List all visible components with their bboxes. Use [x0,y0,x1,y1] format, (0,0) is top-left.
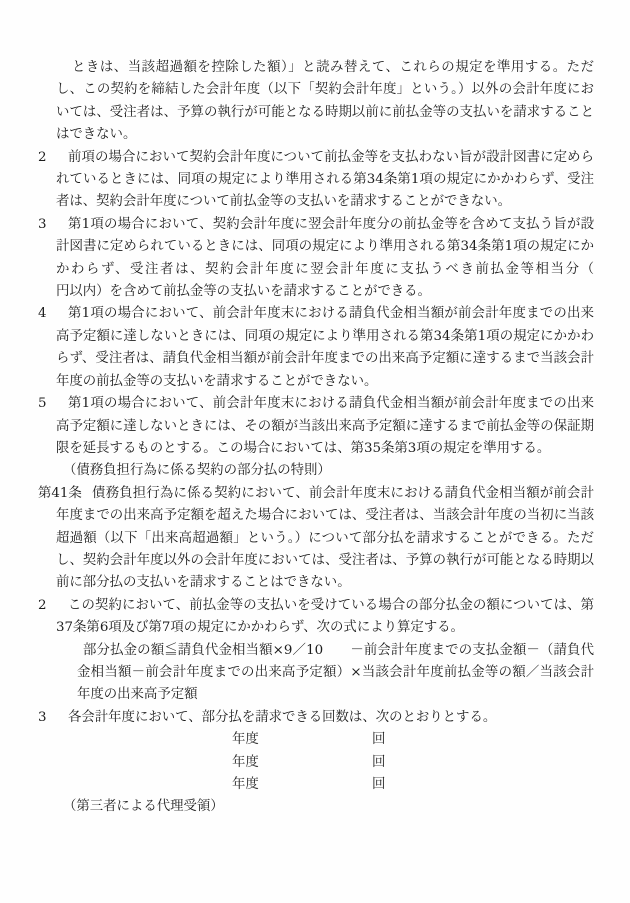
clause-number: 5 [38,393,47,415]
count-label: 回 [372,729,385,751]
article-number: 第41条 [38,483,82,505]
count-label: 回 [372,774,385,796]
year-label: 年度 [232,777,259,792]
year-label: 年度 [232,755,259,770]
contract-page: ときは、当該超過額を控除した額）」と読み替えて、これらの規定を準用する。ただし、… [0,0,630,903]
clause: 2 前項の場合において契約会計年度について前払金等を支払わない旨が設計図書に定め… [38,147,594,214]
clause-number: 2 [38,595,47,617]
clause-number: 3 [38,214,47,236]
clause-text: この契約において、前払金等の支払いを受けている場合の部分払金の額については、第3… [56,598,594,635]
clause-text: 前項の場合において契約会計年度について前払金等を支払わない旨が設計図書に定められ… [56,150,594,210]
installment-row: 年度 回 [232,729,594,751]
article-41: 第41条 債務負担行為に係る契約において、前会計年度末における請負代金相当額が前… [38,483,594,595]
installment-count-rows: 年度 回 年度 回 年度 回 [38,729,594,796]
clause-text: ときは、当該超過額を控除した額）」と読み替えて、これらの規定を準用する。ただし、… [56,60,594,142]
clause-text: 債務負担行為に係る契約において、前会計年度末における請負代金相当額が前会計年度ま… [56,486,594,591]
clause-text: 第1項の場合において、前会計年度末における請負代金相当額が前会計年度までの出来高… [56,396,594,456]
section-heading: （債務負担行為に係る契約の部分払の特則） [63,460,594,482]
year-label: 年度 [232,732,259,747]
installment-row: 年度 回 [232,752,594,774]
count-label: 回 [372,752,385,774]
section-heading: （第三者による代理受領） [63,796,594,818]
clause-text-with-blank-amount: 第1項の場合において、契約会計年度に翌会計年度分の前払金等を含めて支払う旨が設計… [56,217,630,299]
clause: 4 第1項の場合において、前会計年度末における請負代金相当額が前会計年度までの出… [38,303,594,393]
clause: 3 各会計年度において、部分払を請求できる回数は、次のとおりとする。 [38,707,594,729]
clause: 5 第1項の場合において、前会計年度末における請負代金相当額が前会計年度までの出… [38,393,594,460]
partial-payment-formula: 部分払金の額≦請負代金相当額×9／10 －前会計年度までの支払金額－（請負代金相… [77,640,594,707]
clause-number: 3 [38,707,47,729]
clause-number: 2 [38,147,47,169]
clause: 2 この契約において、前払金等の支払いを受けている場合の部分払金の額については、… [38,595,594,640]
clause-text: 第1項の場合において、前会計年度末における請負代金相当額が前会計年度までの出来高… [56,306,594,388]
clause: 3 第1項の場合において、契約会計年度に翌会計年度分の前払金等を含めて支払う旨が… [38,214,594,304]
clause-text: 各会計年度において、部分払を請求できる回数は、次のとおりとする。 [68,710,496,725]
clause-continuation: ときは、当該超過額を控除した額）」と読み替えて、これらの規定を準用する。ただし、… [38,57,594,147]
clause-number: 4 [38,303,47,325]
installment-row: 年度 回 [232,774,594,796]
